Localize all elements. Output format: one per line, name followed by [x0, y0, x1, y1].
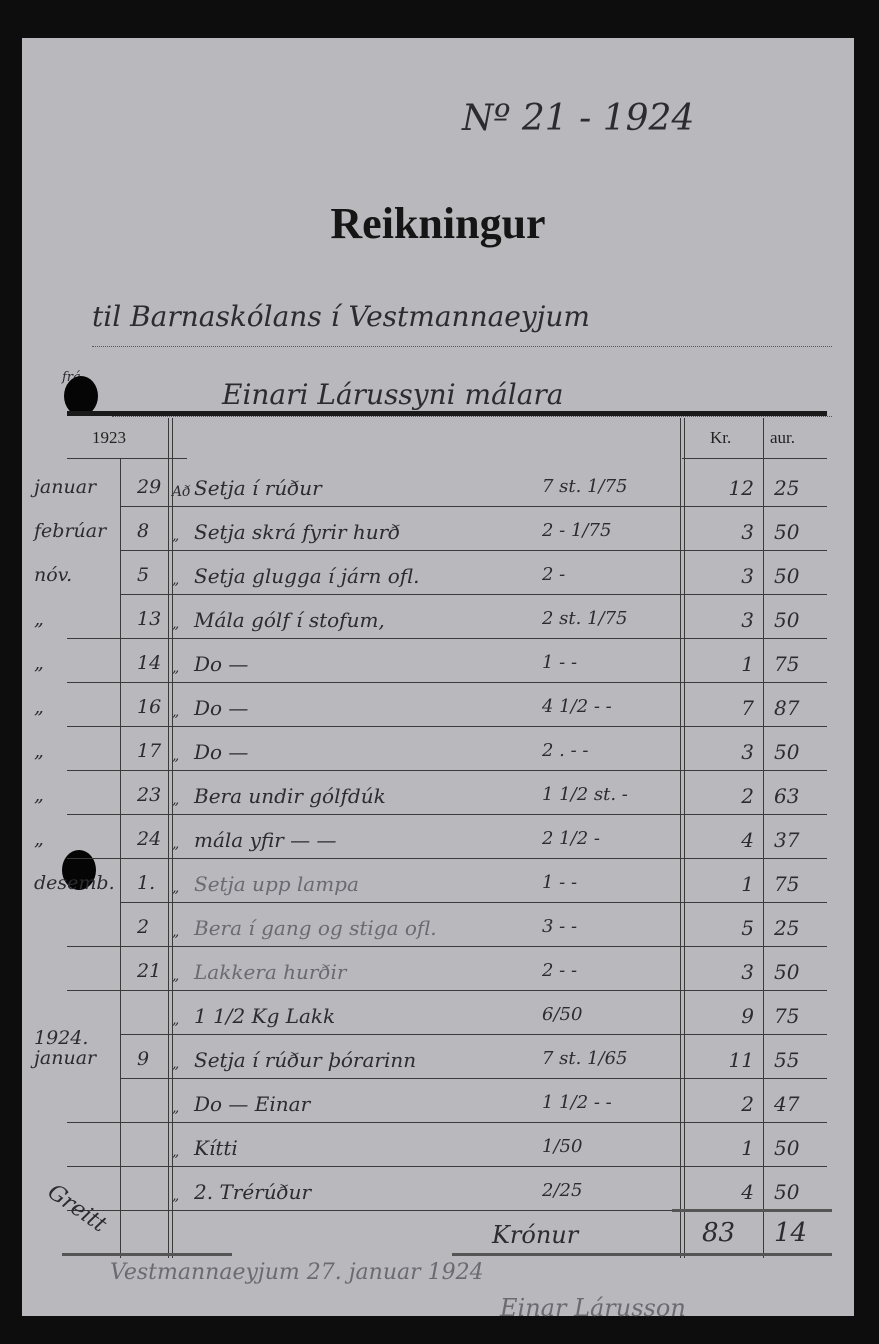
row-aur: 50: [774, 960, 799, 984]
row-kr: 4: [741, 1180, 754, 1204]
subtotal-rule: [672, 1209, 832, 1212]
row-description: Setja í rúður: [194, 476, 322, 500]
row-description: Do —: [194, 696, 248, 720]
row-aur: 25: [774, 916, 799, 940]
row-kr: 12: [729, 476, 754, 500]
ledger-row: „ 2. Trérúður 2/25 4 50: [22, 1176, 854, 1220]
ledger-rows: januar 29 Að Setja í rúður 7 st. 1/75 12…: [22, 38, 854, 1316]
row-description: mála yfir — —: [194, 828, 336, 852]
ledger-row: „ 23 „ Bera undir gólfdúk 1 1/2 st. - 2 …: [22, 780, 854, 824]
row-quantity: 2 - 1/75: [542, 520, 611, 541]
row-quantity: 1 - -: [542, 872, 577, 893]
row-ditto: „: [172, 660, 179, 676]
ledger-row: desemb. 1. „ Setja upp lampa 1 - - 1 75: [22, 868, 854, 912]
row-ditto: „: [172, 1012, 179, 1028]
row-kr: 1: [741, 652, 754, 676]
row-month: „: [34, 696, 44, 718]
row-aur: 75: [774, 872, 799, 896]
row-day: 24: [137, 828, 161, 850]
row-month: „: [34, 784, 44, 806]
row-kr: 3: [741, 960, 754, 984]
ledger-row: „ 16 „ Do — 4 1/2 - - 7 87: [22, 692, 854, 736]
row-rule: [67, 1166, 827, 1167]
row-month: „: [34, 828, 44, 850]
row-quantity: 7 st. 1/75: [542, 476, 628, 497]
row-day: 23: [137, 784, 161, 806]
row-month: „: [34, 608, 44, 630]
row-quantity: 2 . - -: [542, 740, 589, 761]
row-ditto: „: [172, 836, 179, 852]
row-rule: [120, 902, 827, 903]
row-kr: 4: [741, 828, 754, 852]
total-rule-right: [452, 1253, 832, 1256]
row-quantity: 4 1/2 - -: [542, 696, 612, 717]
row-aur: 37: [774, 828, 799, 852]
row-aur: 75: [774, 1004, 799, 1028]
row-description: Do —: [194, 740, 248, 764]
row-description: Do —: [194, 652, 248, 676]
row-aur: 25: [774, 476, 799, 500]
row-rule: [67, 814, 827, 815]
row-ditto: „: [172, 1056, 179, 1072]
row-rule: [67, 990, 827, 991]
row-ditto: „: [172, 572, 179, 588]
row-quantity: 2 -: [542, 564, 565, 585]
row-month: „: [34, 740, 44, 762]
row-kr: 1: [741, 1136, 754, 1160]
row-kr: 3: [741, 564, 754, 588]
row-month: nóv.: [34, 564, 72, 586]
row-quantity: 6/50: [542, 1004, 582, 1025]
row-ditto: „: [172, 924, 179, 940]
invoice-paper: Nº 21 - 1924 Reikningur til Barnaskólans…: [22, 38, 854, 1316]
row-kr: 1: [741, 872, 754, 896]
ledger-row: „ 17 „ Do — 2 . - - 3 50: [22, 736, 854, 780]
row-ditto: „: [172, 1188, 179, 1204]
row-rule: [67, 858, 827, 859]
row-aur: 55: [774, 1048, 799, 1072]
row-ditto: „: [172, 1144, 179, 1160]
row-description: Bera undir gólfdúk: [194, 784, 386, 808]
row-description: Setja glugga í járn ofl.: [194, 564, 419, 588]
row-ditto: „: [172, 528, 179, 544]
row-description: Do — Einar: [194, 1092, 310, 1116]
row-description: Setja skrá fyrir hurð: [194, 520, 400, 544]
row-kr: 3: [741, 608, 754, 632]
row-ditto: „: [172, 880, 179, 896]
row-ditto: „: [172, 968, 179, 984]
row-month: desemb.: [34, 872, 115, 894]
row-day: 29: [137, 476, 161, 498]
signature: Einar Lárusson: [500, 1294, 686, 1322]
row-day: 1.: [137, 872, 155, 894]
row-quantity: 2 1/2 -: [542, 828, 600, 849]
ledger-row: febrúar 8 „ Setja skrá fyrir hurð 2 - 1/…: [22, 516, 854, 560]
row-description: Bera í gang og stiga ofl.: [194, 916, 437, 940]
row-kr: 7: [741, 696, 754, 720]
ledger-row: „ Kítti 1/50 1 50: [22, 1132, 854, 1176]
row-day: 13: [137, 608, 161, 630]
row-day: 9: [137, 1048, 149, 1070]
ledger-row: „ Do — Einar 1 1/2 - - 2 47: [22, 1088, 854, 1132]
ledger-row: „ 1 1/2 Kg Lakk 6/50 9 75: [22, 1000, 854, 1044]
row-kr: 3: [741, 520, 754, 544]
row-aur: 50: [774, 520, 799, 544]
ledger-row: 21 „ Lakkera hurðir 2 - - 3 50: [22, 956, 854, 1000]
row-quantity: 2 - -: [542, 960, 577, 981]
row-rule: [120, 550, 827, 551]
row-kr: 5: [741, 916, 754, 940]
row-rule: [67, 1122, 827, 1123]
place-date: Vestmannaeyjum 27. januar 1924: [110, 1260, 484, 1285]
row-month: 1924. januar: [34, 1028, 124, 1068]
ledger-row: nóv. 5 „ Setja glugga í járn ofl. 2 - 3 …: [22, 560, 854, 604]
ledger-row: „ 13 „ Mála gólf í stofum, 2 st. 1/75 3 …: [22, 604, 854, 648]
ledger-row: 2 „ Bera í gang og stiga ofl. 3 - - 5 25: [22, 912, 854, 956]
row-rule: [120, 594, 827, 595]
row-quantity: 2/25: [542, 1180, 582, 1201]
row-day: 16: [137, 696, 161, 718]
total-aur: 14: [774, 1218, 807, 1248]
row-day: 5: [137, 564, 149, 586]
row-ditto: „: [172, 748, 179, 764]
row-quantity: 1 1/2 st. -: [542, 784, 628, 805]
total-label: Krónur: [492, 1221, 578, 1249]
ledger-row: „ 14 „ Do — 1 - - 1 75: [22, 648, 854, 692]
row-aur: 75: [774, 652, 799, 676]
row-day: 2: [137, 916, 149, 938]
row-description: Mála gólf í stofum,: [194, 608, 385, 632]
row-kr: 2: [741, 784, 754, 808]
row-ditto: „: [172, 704, 179, 720]
row-day: 14: [137, 652, 161, 674]
row-aur: 50: [774, 1136, 799, 1160]
row-month: „: [34, 652, 44, 674]
row-month: januar: [34, 476, 96, 498]
row-ditto: „: [172, 1100, 179, 1116]
row-quantity: 1 1/2 - -: [542, 1092, 612, 1113]
row-kr: 9: [741, 1004, 754, 1028]
row-description: 2. Trérúður: [194, 1180, 311, 1204]
row-kr: 3: [741, 740, 754, 764]
row-aur: 50: [774, 740, 799, 764]
row-day: 21: [137, 960, 161, 982]
row-description: Setja í rúður þórarinn: [194, 1048, 416, 1072]
row-kr: 2: [741, 1092, 754, 1116]
row-ditto: „: [172, 616, 179, 632]
ledger-row: januar 29 Að Setja í rúður 7 st. 1/75 12…: [22, 472, 854, 516]
row-rule: [67, 682, 827, 683]
total-rule-left: [62, 1253, 232, 1256]
row-description: 1 1/2 Kg Lakk: [194, 1004, 335, 1028]
row-kr: 11: [729, 1048, 754, 1072]
row-description: Setja upp lampa: [194, 872, 359, 896]
row-rule: [67, 638, 827, 639]
row-rule: [120, 506, 827, 507]
row-quantity: 1 - -: [542, 652, 577, 673]
row-ditto: Að: [172, 484, 191, 500]
row-quantity: 3 - -: [542, 916, 577, 937]
row-quantity: 7 st. 1/65: [542, 1048, 628, 1069]
row-day: 8: [137, 520, 149, 542]
row-rule: [67, 770, 827, 771]
row-month: febrúar: [34, 520, 106, 542]
row-description: Lakkera hurðir: [194, 960, 346, 984]
row-aur: 50: [774, 1180, 799, 1204]
row-aur: 50: [774, 564, 799, 588]
row-description: Kítti: [194, 1136, 238, 1160]
row-aur: 47: [774, 1092, 799, 1116]
row-aur: 87: [774, 696, 799, 720]
row-rule: [120, 1078, 827, 1079]
row-rule: [120, 1034, 827, 1035]
row-aur: 63: [774, 784, 799, 808]
ledger-row: „ 24 „ mála yfir — — 2 1/2 - 4 37: [22, 824, 854, 868]
row-day: 17: [137, 740, 161, 762]
row-rule: [67, 946, 827, 947]
row-ditto: „: [172, 792, 179, 808]
row-rule: [67, 726, 827, 727]
total-kr: 83: [702, 1218, 735, 1248]
row-aur: 50: [774, 608, 799, 632]
row-quantity: 2 st. 1/75: [542, 608, 628, 629]
ledger-row: 1924. januar 9 „ Setja í rúður þórarinn …: [22, 1044, 854, 1088]
row-quantity: 1/50: [542, 1136, 582, 1157]
